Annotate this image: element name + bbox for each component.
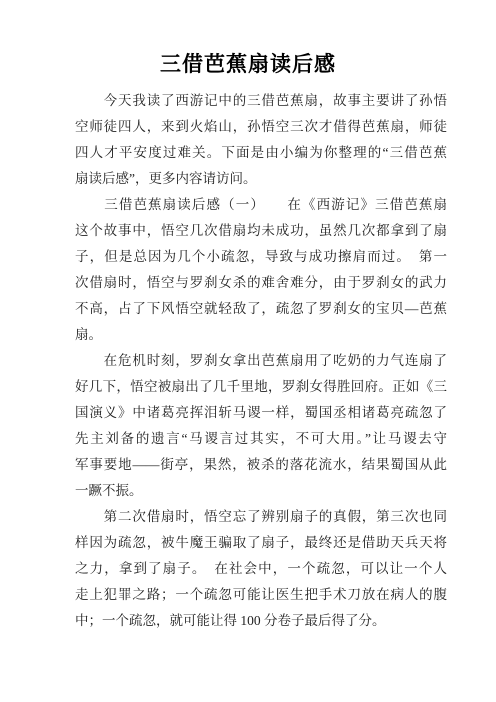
paragraph-line: 空师徒四人，来到火焰山，孙悟空三次才借得芭蕉扇，师徒 — [75, 114, 447, 140]
paragraph-line: 子，但是总因为几个小疏忽，导致与成功擦肩而过。 第一 — [75, 244, 447, 270]
paragraph-line: 走上犯罪之路；一个疏忽可能让医生把手术刀放在病人的腹 — [75, 582, 447, 608]
paragraph-line: 这个故事中，悟空几次借扇均未成功，虽然几次都拿到了扇 — [75, 218, 447, 244]
document-page: 三借芭蕉扇读后感 今天我读了西游记中的三借芭蕉扇，故事主要讲了孙悟空师徒四人，来… — [0, 0, 496, 702]
paragraph-line: 次借扇时，悟空与罗刹女杀的难舍难分，由于罗刹女的武力 — [75, 270, 447, 296]
paragraph-line: 国演义》中诸葛亮挥泪斩马谡一样，蜀国丞相诸葛亮疏忽了 — [75, 400, 447, 426]
paragraph-line: 第二次借扇时，悟空忘了辨别扇子的真假，第三次也同 — [75, 504, 447, 530]
paragraph: 第二次借扇时，悟空忘了辨别扇子的真假，第三次也同样因为疏忽，被牛魔王骗取了扇子，… — [75, 504, 447, 634]
paragraph-line: 样因为疏忽，被牛魔王骗取了扇子，最终还是借助天兵天将 — [75, 530, 447, 556]
paragraph-line: 在危机时刻，罗刹女拿出芭蕉扇用了吃奶的力气连扇了 — [75, 348, 447, 374]
paragraph-line: 四人才平安度过难关。下面是由小编为你整理的“三借芭蕉 — [75, 140, 447, 166]
paragraph-line: 中；一个疏忽，就可能让得 100 分卷子最后得了分。 — [75, 608, 447, 634]
paragraph-line: 军事要地——街亭，果然，被杀的落花流水，结果蜀国从此 — [75, 452, 447, 478]
paragraph-line: 扇。 — [75, 322, 447, 348]
paragraph: 在危机时刻，罗刹女拿出芭蕉扇用了吃奶的力气连扇了好几下，悟空被扇出了几千里地，罗… — [75, 348, 447, 504]
paragraph-line: 三借芭蕉扇读后感（一） 在《西游记》三借芭蕉扇 — [75, 192, 447, 218]
document-title: 三借芭蕉扇读后感 — [0, 0, 496, 80]
paragraph: 三借芭蕉扇读后感（一） 在《西游记》三借芭蕉扇这个故事中，悟空几次借扇均未成功，… — [75, 192, 447, 348]
paragraph-line: 好几下，悟空被扇出了几千里地，罗刹女得胜回府。正如《三 — [75, 374, 447, 400]
document-body: 今天我读了西游记中的三借芭蕉扇，故事主要讲了孙悟空师徒四人，来到火焰山，孙悟空三… — [75, 88, 447, 634]
paragraph: 今天我读了西游记中的三借芭蕉扇，故事主要讲了孙悟空师徒四人，来到火焰山，孙悟空三… — [75, 88, 447, 192]
paragraph-line: 之力，拿到了扇子。 在社会中，一个疏忽，可以让一个人 — [75, 556, 447, 582]
paragraph-line: 不高，占了下风悟空就轻敌了，疏忽了罗刹女的宝贝—芭蕉 — [75, 296, 447, 322]
paragraph-line: 今天我读了西游记中的三借芭蕉扇，故事主要讲了孙悟 — [75, 88, 447, 114]
paragraph-line: 扇读后感”，更多内容请访问。 — [75, 166, 447, 192]
paragraph-line: 先主刘备的遗言“马谡言过其实，不可大用。”让马谡去守 — [75, 426, 447, 452]
paragraph-line: 一蹶不振。 — [75, 478, 447, 504]
